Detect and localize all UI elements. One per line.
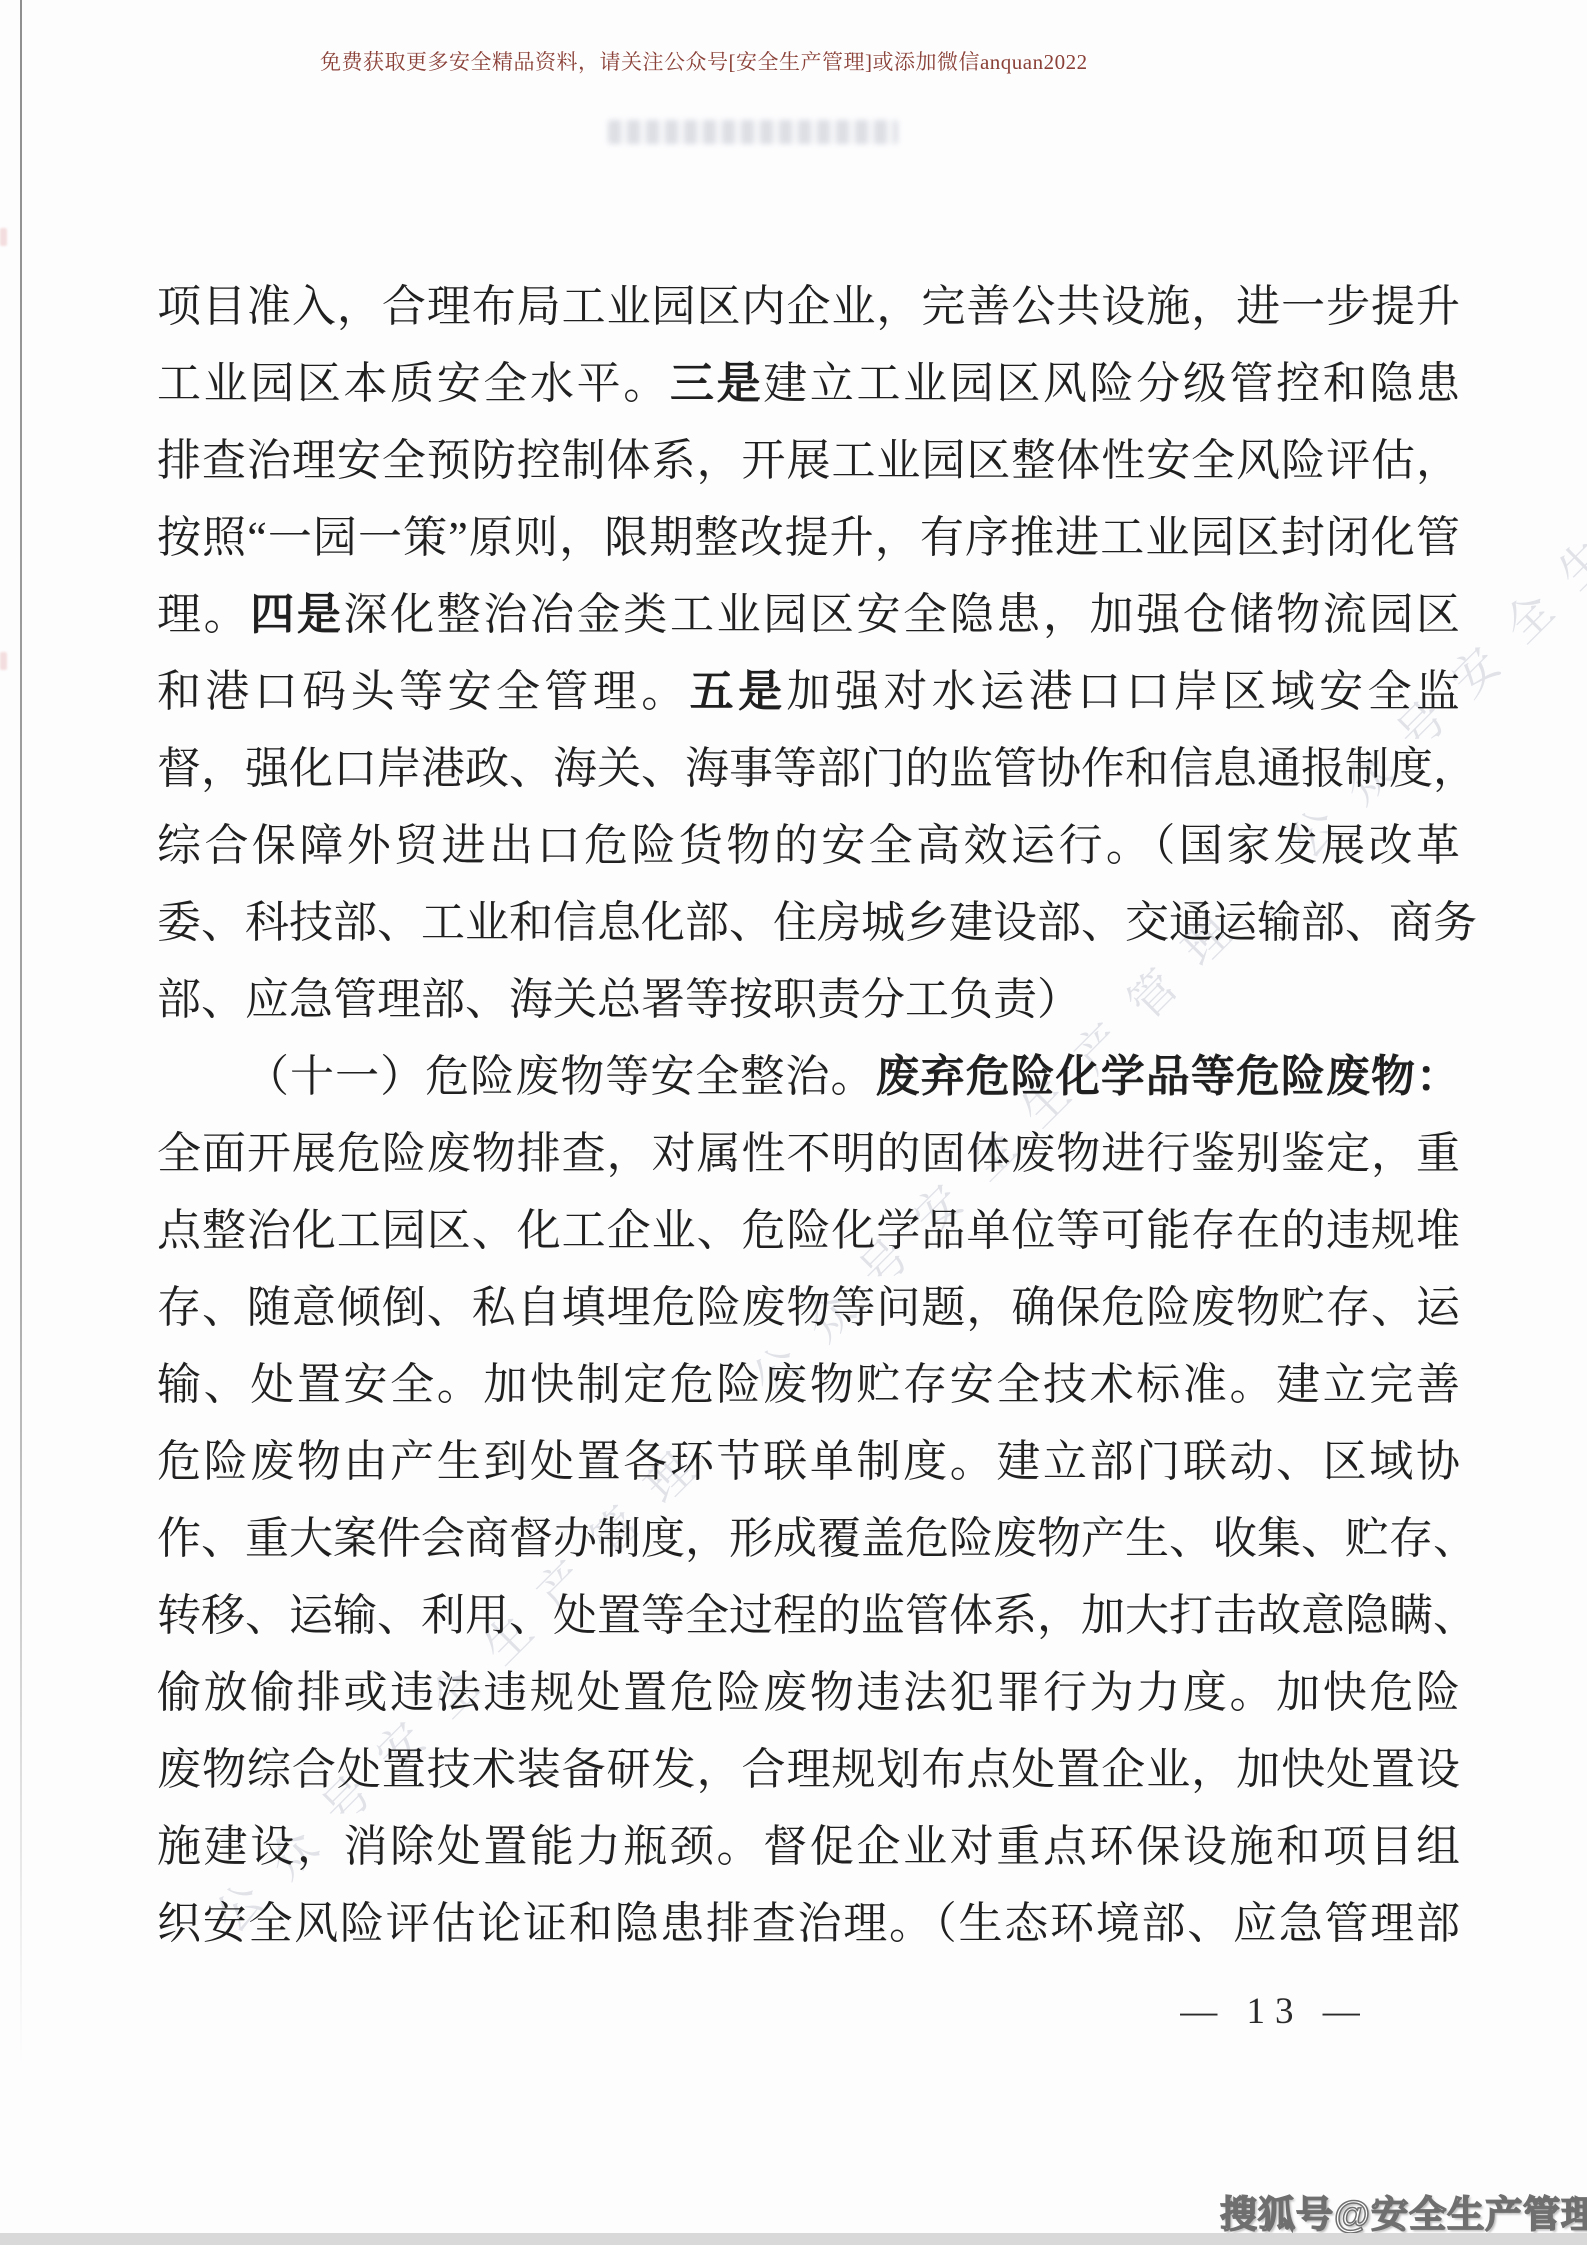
page-number: — 13 —	[1130, 1990, 1420, 2033]
text-line: 部、应急管理部、海关总署等按职责分工负责）	[157, 961, 1460, 1038]
body-text: 项目准入，合理布局工业园区内企业，完善公共设施，进一步提升 工业园区本质安全水平…	[157, 268, 1460, 1962]
text-line: 转移、运输、利用、处置等全过程的监管体系，加大打击故意隐瞒、	[157, 1577, 1460, 1654]
text-segment: 织安全风险评估论证和隐患排查治理。（生态环境部、应急管理部	[157, 1899, 1460, 1948]
text-line: 偷放偷排或违法违规处置危险废物违法犯罪行为力度。加快危险	[157, 1654, 1460, 1731]
bold-emphasis: 四是	[250, 590, 343, 639]
sohu-watermark: 搜狐号@安全生产管理	[1220, 2184, 1587, 2238]
text-segment: 作、重大案件会商督办制度，形成覆盖危险废物产生、收集、贮存、	[157, 1514, 1477, 1563]
scan-artifact	[0, 652, 7, 670]
text-line: 施建设，消除处置能力瓶颈。督促企业对重点环保设施和项目组	[157, 1808, 1460, 1885]
bold-emphasis: 五是	[690, 667, 787, 716]
text-segment: 点整治化工园区、化工企业、危险化学品单位等可能存在的违规堆	[157, 1206, 1460, 1255]
text-segment: 输、处置安全。加快制定危险废物贮存安全技术标准。建立完善	[157, 1360, 1460, 1409]
text-line: 理。四是深化整治冶金类工业园区安全隐患，加强仓储物流园区	[157, 576, 1460, 653]
text-segment: 建立工业园区风险分级管控和隐患	[763, 359, 1460, 408]
text-segment: 委、科技部、工业和信息化部、住房城乡建设部、交通运输部、商务	[157, 898, 1477, 947]
text-line: 项目准入，合理布局工业园区内企业，完善公共设施，进一步提升	[157, 268, 1460, 345]
bold-emphasis: 三是	[670, 359, 763, 408]
header-notice: 免费获取更多安全精品资料，请关注公众号[安全生产管理]或添加微信anquan20…	[320, 49, 1088, 76]
text-segment: 全面开展危险废物排查，对属性不明的固体废物进行鉴别鉴定，重	[157, 1129, 1460, 1178]
bottom-scan-band	[0, 2233, 1587, 2245]
text-segment: 偷放偷排或违法违规处置危险废物违法犯罪行为力度。加快危险	[157, 1668, 1460, 1717]
scan-edge-line	[20, 0, 22, 2245]
text-line: 工业园区本质安全水平。三是建立工业园区风险分级管控和隐患	[157, 345, 1460, 422]
text-segment: 加强对水运港口口岸区域安全监	[787, 667, 1461, 716]
text-line: 和港口码头等安全管理。五是加强对水运港口口岸区域安全监	[157, 653, 1460, 730]
text-segment: 理。	[157, 590, 250, 639]
text-line: 织安全风险评估论证和隐患排查治理。（生态环境部、应急管理部	[157, 1885, 1460, 1962]
text-segment: 排查治理安全预防控制体系，开展工业园区整体性安全风险评估，	[157, 436, 1460, 485]
text-line: 排查治理安全预防控制体系，开展工业园区整体性安全风险评估，	[157, 422, 1460, 499]
text-segment: 督，强化口岸港政、海关、海事等部门的监管协作和信息通报制度，	[157, 744, 1477, 793]
text-line: 存、随意倾倒、私自填埋危险废物等问题，确保危险废物贮存、运	[157, 1269, 1460, 1346]
text-segment: 和港口码头等安全管理。	[157, 667, 690, 716]
text-line: 点整治化工园区、化工企业、危险化学品单位等可能存在的违规堆	[157, 1192, 1460, 1269]
scan-artifact	[0, 228, 7, 246]
text-segment: 按照“一园一策”原则，限期整改提升，有序推进工业园区封闭化管	[157, 513, 1460, 562]
text-line: 委、科技部、工业和信息化部、住房城乡建设部、交通运输部、商务	[157, 884, 1460, 961]
text-line: 按照“一园一策”原则，限期整改提升，有序推进工业园区封闭化管	[157, 499, 1460, 576]
text-segment: 施建设，消除处置能力瓶颈。督促企业对重点环保设施和项目组	[157, 1822, 1460, 1871]
blurred-watermark	[608, 120, 898, 144]
text-line: 全面开展危险废物排查，对属性不明的固体废物进行鉴别鉴定，重	[157, 1115, 1460, 1192]
text-line: 督，强化口岸港政、海关、海事等部门的监管协作和信息通报制度，	[157, 730, 1460, 807]
text-segment: 转移、运输、利用、处置等全过程的监管体系，加大打击故意隐瞒、	[157, 1591, 1477, 1640]
text-segment: （十一）危险废物等安全整治。	[245, 1052, 876, 1101]
text-line: 危险废物由产生到处置各环节联单制度。建立部门联动、区域协	[157, 1423, 1460, 1500]
text-line: 输、处置安全。加快制定危险废物贮存安全技术标准。建立完善	[157, 1346, 1460, 1423]
text-segment: 部、应急管理部、海关总署等按职责分工负责）	[157, 975, 1081, 1024]
text-line-section-heading: （十一）危险废物等安全整治。废弃危险化学品等危险废物：	[157, 1038, 1460, 1115]
text-line: 综合保障外贸进出口危险货物的安全高效运行。（国家发展改革	[157, 807, 1460, 884]
text-segment: 深化整治冶金类工业园区安全隐患，加强仓储物流园区	[344, 590, 1460, 639]
document-page: { "page": { "header_notice": "免费获取更多安全精品…	[0, 0, 1587, 2245]
text-line: 废物综合处置技术装备研发，合理规划布点处置企业，加快处置设	[157, 1731, 1460, 1808]
bold-emphasis: 废弃危险化学品等危险废物：	[876, 1052, 1460, 1101]
text-segment: 存、随意倾倒、私自填埋危险废物等问题，确保危险废物贮存、运	[157, 1283, 1460, 1332]
text-segment: 综合保障外贸进出口危险货物的安全高效运行。（国家发展改革	[157, 821, 1460, 870]
text-segment: 废物综合处置技术装备研发，合理规划布点处置企业，加快处置设	[157, 1745, 1460, 1794]
text-segment: 项目准入，合理布局工业园区内企业，完善公共设施，进一步提升	[157, 282, 1460, 331]
text-segment: 工业园区本质安全水平。	[157, 359, 670, 408]
text-segment: 危险废物由产生到处置各环节联单制度。建立部门联动、区域协	[157, 1437, 1460, 1486]
text-line: 作、重大案件会商督办制度，形成覆盖危险废物产生、收集、贮存、	[157, 1500, 1460, 1577]
